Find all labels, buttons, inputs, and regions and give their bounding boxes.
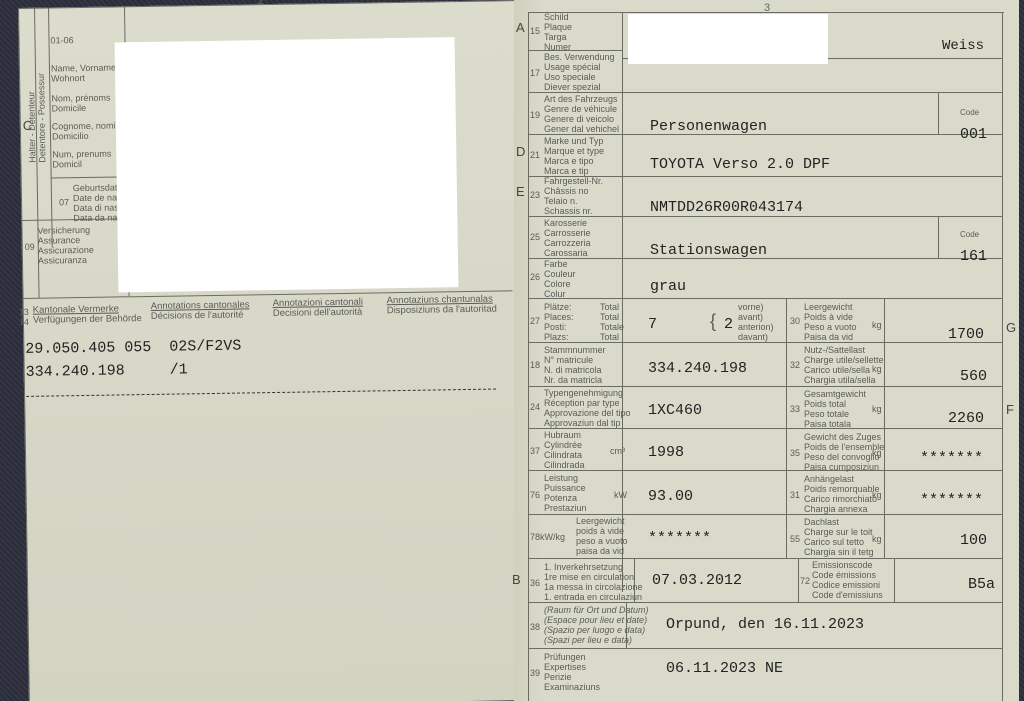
master-number-label: Stammnummer N° matricule N. di matricola… [544,345,606,385]
power-ratio-value: ******* [648,530,711,547]
birthdate-number: 07 [59,197,69,207]
field-number-32: 32 [790,360,800,370]
empty-weight-value: 1700 [948,326,984,343]
power-ratio-label: Leergewicht poids à vide peso a vuoto pa… [576,516,628,556]
side-letter-g: G [1006,320,1016,335]
field-number-24: 24 [530,402,540,412]
holder-field-range: 01-06 [50,35,73,45]
power-label: Leistung Puissance Potenza Prestaziun [544,473,587,513]
seats-total-value: 7 [648,316,657,333]
holder-vertical-label-2: Detentore - Possessur [36,73,47,163]
field-number-25: 25 [530,232,540,242]
annotation-fr-sub: Décisions de l'autorité [151,310,244,321]
field-number-76: 76 [530,490,540,500]
power-unit: kW [614,490,627,500]
field-number-72: 72 [800,576,810,586]
body-code-label: Code [960,230,979,240]
vehicle-type-code-label: Code [960,108,979,118]
color-value: grau [650,278,686,295]
vehicle-type-value: Personenwagen [650,118,767,135]
left-page: 2 C Halter - Détenteur Detentore - Posse… [18,0,534,701]
holder-label-it: Cognome, nomi Domicilio [52,120,116,141]
field-number-15: 15 [530,26,540,36]
field-number-37: 37 [530,446,540,456]
make-model-value: TOYOTA Verso 2.0 DPF [650,156,830,173]
inspections-label: Prüfungen Expertises Perizie Examinaziun… [544,652,600,692]
annotation-number-14: 14 [19,317,29,327]
holder-label-fr: Nom, prénoms Domicile [51,93,110,114]
field-number-23: 23 [530,190,540,200]
place-date-label: (Raum für Ort und Datum) (Espace pour li… [544,605,649,645]
displacement-value: 1998 [648,444,684,461]
annotation-dashed-line [26,389,496,397]
holder-redaction [115,37,459,292]
field-number-38: 38 [530,622,540,632]
holder-label-rm: Num, prenums Domicil [52,149,111,170]
master-number-value: 334.240.198 [648,360,747,377]
emission-code-label: Emissionscode Code émissions Codice emis… [812,560,883,600]
roof-load-label: Dachlast Charge sur le toit Carico sul t… [804,517,874,557]
vehicle-type-label: Art des Fahrzeugs Genre de véhicule Gene… [544,94,619,134]
plate-note: Weiss [942,38,984,54]
power-ratio-unit: kW/kg [540,532,565,542]
displacement-unit: cm³ [610,446,625,456]
seats-front-label: vorne) avant) anterion) davant) [738,302,774,342]
field-number-33: 33 [790,404,800,414]
annotation-line-1: 29.050.405 055 02S/F2VS [25,338,241,358]
insurance-number: 09 [25,242,35,252]
side-letter-f: F [1006,402,1014,417]
annotation-it-sub: Decisioni dell'autorità [273,308,363,319]
empty-weight-label: Leergewicht Poids à vide Peso a vuoto Pa… [804,302,857,342]
type-approval-value: 1XC460 [648,402,702,419]
payload-value: 560 [960,368,987,385]
seats-label: Plätze: Places: Posti: Plazs: [544,302,574,342]
annotation-rm-sub: Disposiziuns da l'autoritad [387,305,497,317]
side-letter-a: A [516,20,525,35]
field-number-39: 39 [530,668,540,678]
seats-front-value: 2 [724,316,733,333]
chassis-label: Fahrgestell-Nr. Châssis no Telaio n. Sch… [544,176,603,216]
annotation-de-sub: Verfügungen der Behörde [33,314,142,326]
plate-label: Schild Plaque Targa Numer [544,12,572,52]
power-value: 93.00 [648,488,693,505]
trailer-load-value: ******* [920,492,983,509]
annotation-line-2: 334.240.198 /1 [26,361,188,381]
field-number-26: 26 [530,272,540,282]
seats-total-label: Total Total Totale Total [600,302,624,342]
seats-brace: { [710,302,716,340]
body-code: 161 [960,248,987,265]
field-number-17: 17 [530,68,540,78]
vehicle-type-code: 001 [960,126,987,143]
empty-weight-unit: kg [872,320,882,330]
trailer-load-label: Anhängelast Poids remorquable Carico rim… [804,474,880,514]
plate-redaction [628,14,828,64]
field-number-21: 21 [530,150,540,160]
chassis-value: NMTDD26R00R043174 [650,199,803,216]
field-number-30: 30 [790,316,800,326]
side-letter-b: B [512,572,521,587]
field-number-31: 31 [790,490,800,500]
trailer-load-unit: kg [872,490,882,500]
field-number-36: 36 [530,578,540,588]
holder-label-de: Name, Vornamen Wohnort [51,62,121,83]
insurance-label: Versicherung Assurance Assicurazione Ass… [37,225,94,266]
make-model-label: Marke und Typ Marque et type Marca e tip… [544,136,604,176]
side-letter-d: D [516,144,525,159]
first-registration-label: 1. Inverkehrsetzung 1re mise en circulat… [544,562,643,602]
color-label: Farbe Couleur Colore Colur [544,259,576,299]
body-label: Karosserie Carrosserie Carrozzeria Caros… [544,218,591,258]
field-number-78: 78 [530,532,540,542]
body-value: Stationswagen [650,242,767,259]
special-use-label: Bes. Verwendung Usage spécial Uso specia… [544,52,615,92]
train-weight-unit: kg [872,448,882,458]
roof-load-unit: kg [872,534,882,544]
total-weight-unit: kg [872,404,882,414]
field-number-55: 55 [790,534,800,544]
field-number-27: 27 [530,316,540,326]
side-letter-e: E [516,184,525,199]
train-weight-value: ******* [920,450,983,467]
payload-unit: kg [872,364,882,374]
total-weight-value: 2260 [948,410,984,427]
place-date-value: Orpund, den 16.11.2023 [666,616,864,633]
right-page: 3 A 15 Schild Plaque Targa Numer Weiss 1… [514,0,1019,701]
inspections-value: 06.11.2023 NE [666,660,783,677]
field-number-35: 35 [790,448,800,458]
first-registration-value: 07.03.2012 [652,572,742,589]
emission-code-value: B5a [968,576,995,593]
type-approval-label: Typengenehmigung Réception par type Appr… [544,388,631,428]
field-number-19: 19 [530,110,540,120]
total-weight-label: Gesamtgewicht Poids total Peso totale Pa… [804,389,866,429]
roof-load-value: 100 [960,532,987,549]
displacement-label: Hubraum Cylindrée Cilindrata Cilindrada [544,430,585,470]
annotation-number-13: 13 [19,307,29,317]
field-number-18: 18 [530,360,540,370]
